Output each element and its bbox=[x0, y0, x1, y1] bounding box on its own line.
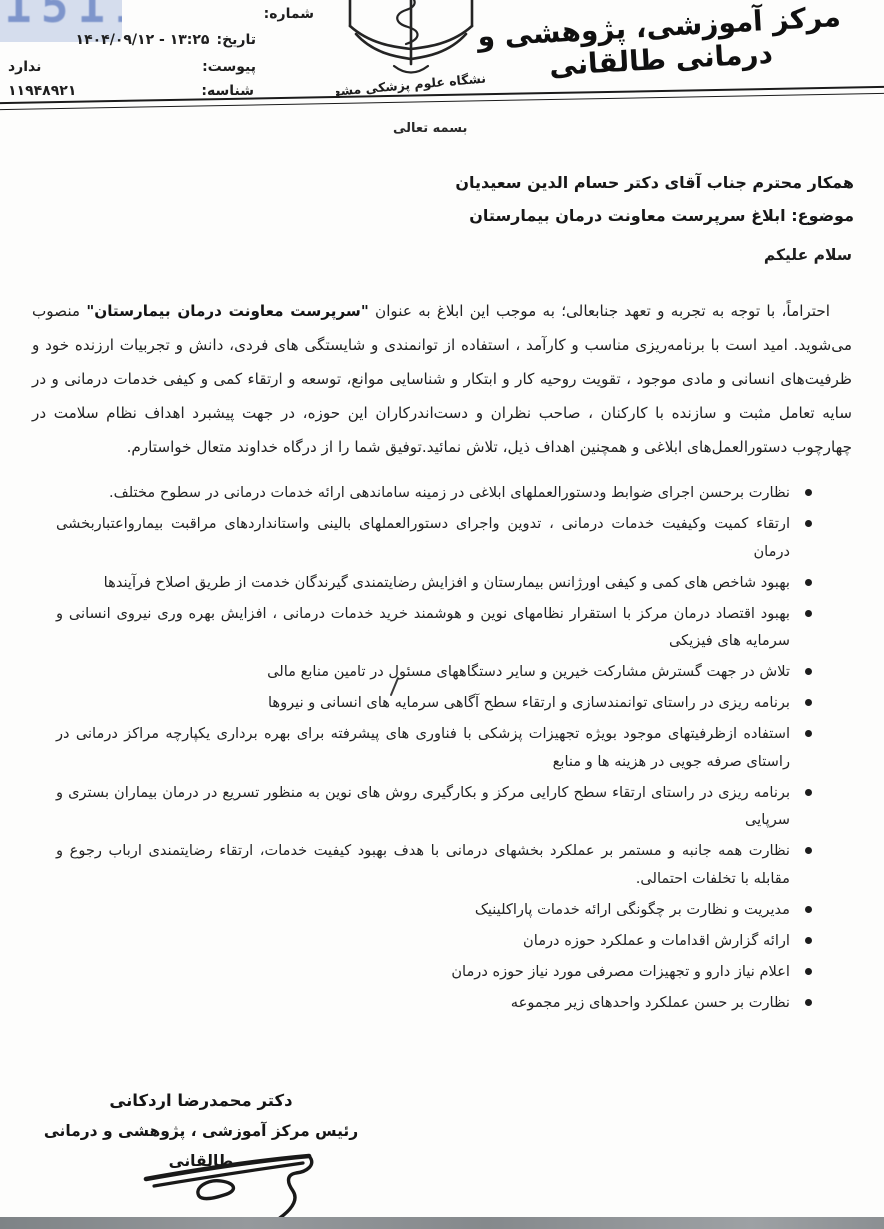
recipient-block: همکار محترم جناب آقای دکتر حسام الدین سع… bbox=[455, 166, 854, 232]
list-item: بهبود اقتصاد درمان مرکز با استقرار نظامه… bbox=[56, 600, 790, 655]
basmala: بسمه تعالی bbox=[393, 121, 467, 136]
scanned-letter-page: 1511 مرکز آموزشی، پژوهشی و درمانی طالقان… bbox=[0, 0, 884, 1229]
list-item: تلاش در جهت گسترش مشارکت خیرین و سایر دس… bbox=[56, 658, 790, 686]
field-number-label: شماره: bbox=[264, 2, 314, 26]
body-rest: منصوب می‌شوید. امید است با برنامه‌ریزی م… bbox=[32, 302, 852, 456]
field-id-value: ۱۱۹۴۸۹۲۱ bbox=[8, 79, 76, 103]
org-title-calligraphy: مرکز آموزشی، پژوهشی و درمانی طالقانی bbox=[442, 0, 877, 88]
list-item: مدیریت و نظارت بر چگونگی ارائه خدمات پار… bbox=[56, 896, 790, 924]
list-item: اعلام نیاز دارو و تجهیزات مصرفی مورد نیا… bbox=[56, 958, 790, 986]
list-item: برنامه ریزی در راستای ارتقاء سطح کارایی … bbox=[56, 779, 790, 834]
field-number: شماره: bbox=[8, 2, 314, 26]
field-date: تاریخ: ۱۳:۲۵ - ۱۴۰۴/۰۹/۱۲ bbox=[8, 28, 314, 52]
signer-title: رئیس مرکز آموزشی ، پژوهشی و درمانی طالقا… bbox=[28, 1116, 374, 1176]
list-item: ارتقاء کمیت وکیفیت خدمات درمانی ، تدوین … bbox=[56, 510, 790, 565]
list-item: نظارت همه جانبه و مستمر بر عملکرد بخشهای… bbox=[56, 837, 790, 892]
list-item: نظارت بر حسن عملکرد واحدهای زیر مجموعه bbox=[56, 989, 790, 1017]
signature-block: دکتر محمدرضا اردکانی رئیس مرکز آموزشی ، … bbox=[28, 1086, 374, 1176]
body-paragraph: احتراماً، با توجه به تجربه و تعهد جنابعا… bbox=[32, 294, 852, 464]
subject-line: موضوع: ابلاغ سرپرست معاونت درمان بیمارست… bbox=[455, 199, 854, 232]
scan-edge-bar bbox=[0, 1217, 884, 1229]
field-attachment-label: پیوست: bbox=[202, 55, 256, 79]
list-item: استفاده ازظرفیتهای موجود بویژه تجهیزات پ… bbox=[56, 720, 790, 775]
salutation: سلام علیکم bbox=[32, 246, 852, 264]
book-caduceus-icon: دانشگاه علوم پزشکی مشهد bbox=[336, 0, 486, 98]
letter-body: سلام علیکم احتراماً، با توجه به تجربه و … bbox=[32, 246, 852, 1020]
field-attachment-value: ندارد bbox=[8, 55, 41, 79]
list-item: نظارت برحسن اجرای ضوابط ودستورالعملهای ا… bbox=[56, 479, 790, 507]
letterhead-fields: شماره: تاریخ: ۱۳:۲۵ - ۱۴۰۴/۰۹/۱۲ پیوست: … bbox=[8, 2, 314, 103]
body-highlight: "سرپرست معاونت درمان بیمارستان" bbox=[86, 302, 368, 320]
university-logo: دانشگاه علوم پزشکی مشهد bbox=[336, 0, 486, 98]
field-attachment: پیوست: ندارد bbox=[8, 55, 314, 79]
list-item: بهبود شاخص های کمی و کیفی اورژانس بیمارس… bbox=[56, 569, 790, 597]
recipient-line: همکار محترم جناب آقای دکتر حسام الدین سع… bbox=[455, 166, 854, 199]
signer-name: دکتر محمدرضا اردکانی bbox=[28, 1086, 374, 1116]
list-item: برنامه ریزی در راستای توانمندسازی و ارتق… bbox=[56, 689, 790, 717]
body-intro: احتراماً، با توجه به تجربه و تعهد جنابعا… bbox=[369, 302, 830, 320]
field-date-value: ۱۳:۲۵ - ۱۴۰۴/۰۹/۱۲ bbox=[76, 28, 210, 52]
field-date-label: تاریخ: bbox=[216, 28, 256, 52]
list-item: ارائه گزارش اقدامات و عملکرد حوزه درمان bbox=[56, 927, 790, 955]
objectives-list: نظارت برحسن اجرای ضوابط ودستورالعملهای ا… bbox=[56, 479, 790, 1016]
